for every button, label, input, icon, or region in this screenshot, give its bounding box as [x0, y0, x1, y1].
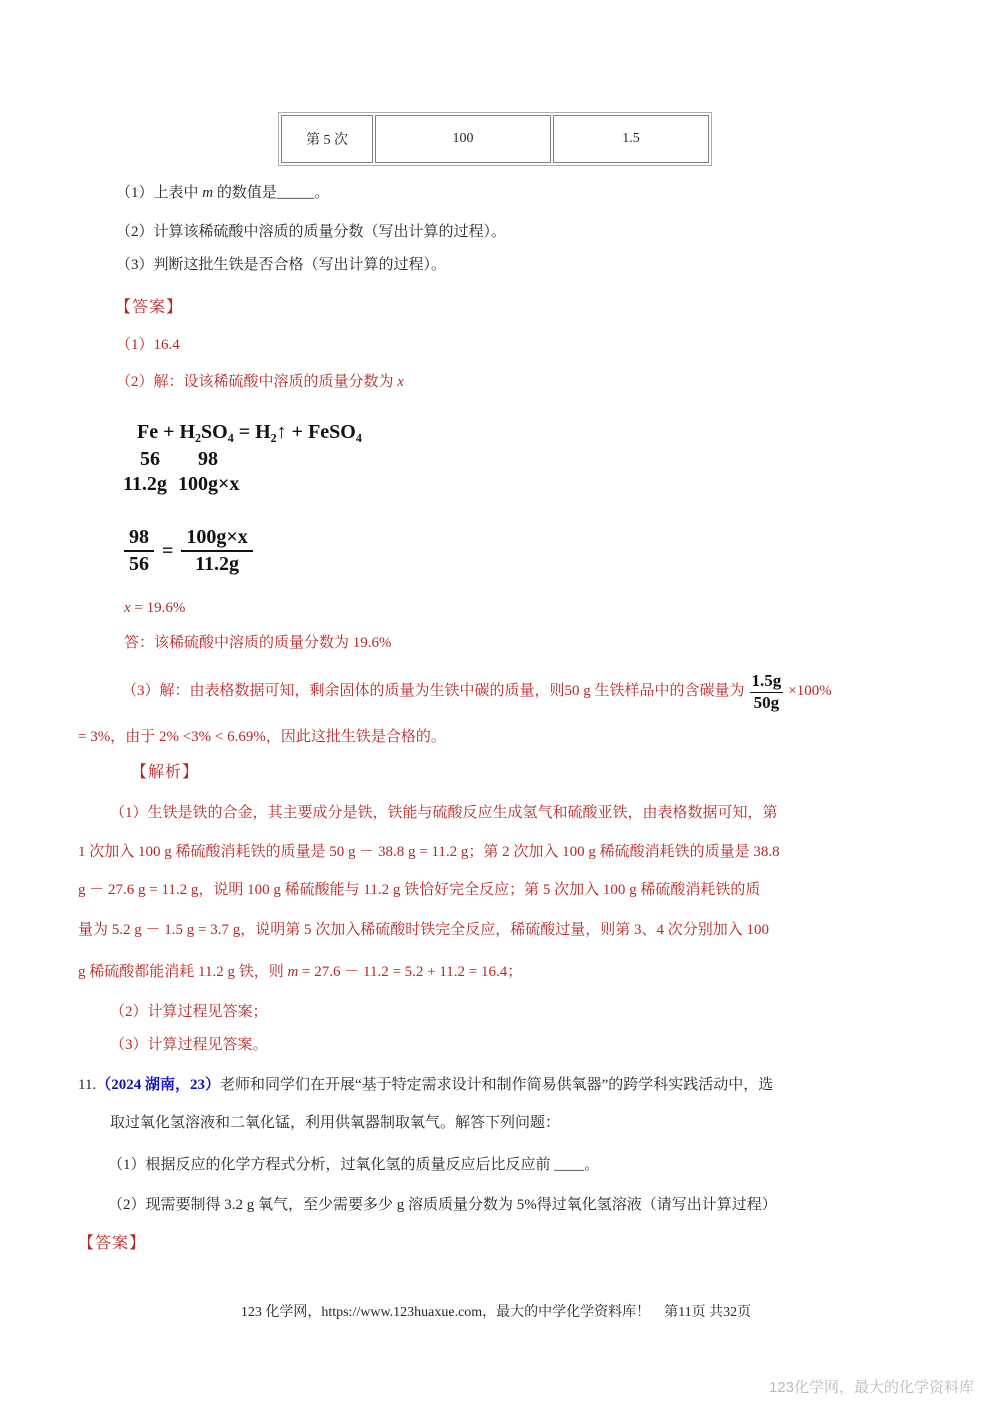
- fraction-denominator: 50g: [754, 693, 780, 713]
- analysis-line-4: 量为 5.2 g － 1.5 g = 3.7 g，说明第 5 次加入稀硫酸时铁完…: [78, 921, 769, 941]
- table-row: 第 5 次 100 1.5: [281, 115, 709, 163]
- analysis-line-5: g 稀硫酸都能消耗 11.2 g 铁，则 m = 27.6 － 11.2 = 5…: [78, 963, 522, 983]
- answer-3-line-1: （3）解：由表格数据可知，剩余固体的质量为生铁中碳的质量，则50 g 生铁样品中…: [122, 664, 832, 720]
- text-segment: = 19.6%: [131, 600, 186, 616]
- variable-x: x: [397, 374, 404, 390]
- text-segment: （2）解：设该稀硫酸中溶质的质量分数为: [116, 374, 397, 390]
- answer-header-2: 【答案】: [78, 1234, 146, 1255]
- analysis-line-2: 1 次加入 100 g 稀硫酸消耗铁的质量是 50 g － 38.8 g = 1…: [78, 843, 780, 863]
- fraction-right: 100g×x 11.2g: [181, 526, 252, 576]
- x-result: x = 19.6%: [124, 599, 185, 619]
- page-footer: 123 化学网，https://www.123huaxue.com，最大的中学化…: [0, 1301, 992, 1321]
- site-watermark: 123化学网，最大的化学资料库: [769, 1376, 974, 1397]
- answer-2-intro: （2）解：设该稀硫酸中溶质的质量分数为 x: [116, 373, 404, 393]
- answer-1: （1）16.4: [116, 336, 180, 356]
- molar-mass-acid: 98: [198, 446, 218, 472]
- fraction-left: 98 56: [124, 526, 154, 576]
- variable-m: m: [287, 964, 298, 980]
- question-11-line-1: 11.（2024 湖南，23）老师和同学们在开展“基于特定需求设计和制作简易供氧…: [78, 1076, 773, 1096]
- question-3: （3）判断这批生铁是否合格（写出计算的过程）。: [116, 256, 446, 276]
- variable-m: m: [202, 185, 213, 201]
- fraction-numerator: 1.5g: [750, 672, 784, 693]
- analysis-header: 【解析】: [131, 763, 199, 784]
- fraction-numerator: 98: [124, 526, 154, 552]
- fraction-denominator: 11.2g: [195, 552, 239, 576]
- text-segment: g 稀硫酸都能消耗 11.2 g 铁，则: [78, 964, 287, 980]
- data-table: 第 5 次 100 1.5: [278, 112, 712, 166]
- molar-mass-fe: 56: [140, 446, 160, 472]
- equals-sign: =: [162, 538, 173, 564]
- question-11-sub-1: （1）根据反应的化学方程式分析，过氧化氢的质量反应后比反应前 ____。: [108, 1156, 599, 1176]
- question-2: （2）计算该稀硫酸中溶质的质量分数（写出计算的过程）。: [116, 223, 506, 243]
- analysis-point-2: （2）计算过程见答案；: [110, 1003, 268, 1023]
- answer-3-line-2: = 3%，由于 2% <3% < 6.69%，因此这批生铁是合格的。: [78, 728, 446, 748]
- fraction-numerator: 100g×x: [181, 526, 252, 552]
- table-cell-residue-mass: 1.5: [553, 115, 709, 163]
- table-cell-trial: 第 5 次: [281, 115, 373, 163]
- analysis-line-3: g － 27.6 g = 11.2 g，说明 100 g 稀硫酸能与 11.2 …: [78, 881, 760, 901]
- chemical-equation: Fe + H₂SO₄ = H₂↑ + FeSO₄: [137, 419, 362, 445]
- given-mass-fe: 11.2g: [123, 471, 167, 497]
- text-segment: 老师和同学们在开展“基于特定需求设计和制作简易供氧器”的跨学科实践活动中，选: [220, 1077, 773, 1093]
- question-number: 11.: [78, 1077, 96, 1093]
- question-source: （2024 湖南，23）: [96, 1077, 220, 1093]
- variable-x: x: [124, 600, 131, 616]
- text-segment: = 27.6 － 11.2 = 5.2 + 11.2 = 16.4；: [298, 964, 522, 980]
- text-segment: ×100%: [788, 682, 831, 702]
- text-segment: （1）上表中: [116, 185, 202, 201]
- text-segment: 的数值是_____。: [213, 185, 329, 201]
- given-mass-acid: 100g×x: [178, 471, 239, 497]
- answer-header: 【答案】: [115, 298, 183, 319]
- text-segment: （3）解：由表格数据可知，剩余固体的质量为生铁中碳的质量，则50 g 生铁样品中…: [122, 682, 745, 702]
- analysis-line-1: （1）生铁是铁的合金，其主要成分是铁，铁能与硫酸反应生成氢气和硫酸亚铁，由表格数…: [110, 804, 778, 824]
- fraction-denominator: 56: [129, 552, 149, 576]
- analysis-point-3: （3）计算过程见答案。: [110, 1036, 268, 1056]
- document-page: 第 5 次 100 1.5 （1）上表中 m 的数值是_____。 （2）计算该…: [0, 0, 992, 1403]
- question-11-sub-2: （2）现需要制得 3.2 g 氧气，至少需要多少 g 溶质质量分数为 5%得过氧…: [108, 1196, 777, 1216]
- carbon-fraction: 1.5g 50g: [750, 672, 784, 712]
- question-11-line-2: 取过氧化氢溶液和二氧化锰，利用供氧器制取氧气。解答下列问题：: [110, 1114, 560, 1134]
- answer-2-conclusion: 答：该稀硫酸中溶质的质量分数为 19.6%: [124, 634, 392, 654]
- table-cell-acid-mass: 100: [375, 115, 551, 163]
- question-1: （1）上表中 m 的数值是_____。: [116, 184, 329, 204]
- proportion-equation: 98 56 = 100g×x 11.2g: [124, 526, 253, 576]
